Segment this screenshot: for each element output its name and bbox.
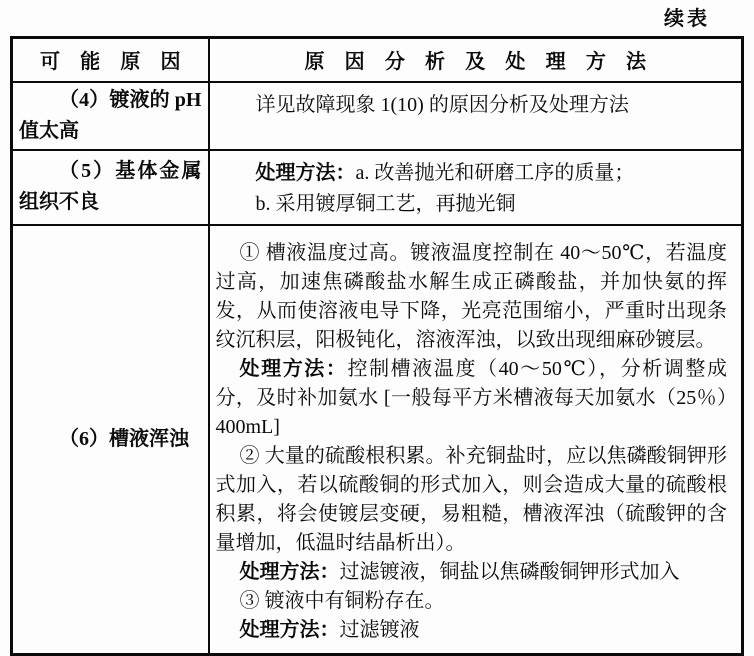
table-row: （6）槽液浑浊 ① 槽液温度过高。镀液温度控制在 40～50℃，若温度过高，加速… bbox=[12, 225, 743, 655]
paragraph-text: 过滤镀液 bbox=[340, 619, 420, 641]
header-row: 可 能 原 因 原 因 分 析 及 处 理 方 法 bbox=[12, 38, 743, 82]
paragraph-text: ③ 镀液中有铜粉存在。 bbox=[240, 590, 445, 612]
header-analysis-cell: 原 因 分 析 及 处 理 方 法 bbox=[209, 38, 743, 82]
method-label: 处理方法： bbox=[240, 358, 348, 380]
method-label: 处理方法： bbox=[240, 561, 340, 583]
analysis-paragraph: ① 槽液温度过高。镀液温度控制在 40～50℃，若温度过高，加速焦磷酸盐水解生成… bbox=[216, 239, 728, 355]
paragraph-text: ② 大量的硫酸根积累。补充铜盐时，应以焦磷酸铜钾形式加入，若以硫酸铜的形式加入，… bbox=[216, 445, 728, 554]
analysis-paragraph: b. 采用镀厚铜工艺，再抛光铜 bbox=[216, 189, 728, 220]
analysis-paragraph: 处理方法：a. 改善抛光和研磨工序的质量； bbox=[216, 158, 728, 189]
analysis-paragraph: 处理方法：控制槽液温度（40～50℃），分析调整成分，及时补加氨水 [一般每平方… bbox=[216, 355, 728, 442]
method-label: 处理方法： bbox=[256, 162, 356, 184]
analysis-paragraph: 处理方法：过滤镀液 bbox=[216, 616, 728, 645]
cause-text: （4）镀液的 pH 值太高 bbox=[19, 85, 202, 147]
method-label: 处理方法： bbox=[240, 619, 340, 641]
troubleshooting-table: 可 能 原 因 原 因 分 析 及 处 理 方 法 （4）镀液的 pH 值太高 … bbox=[10, 36, 744, 656]
row-analysis-cell: ① 槽液温度过高。镀液温度控制在 40～50℃，若温度过高，加速焦磷酸盐水解生成… bbox=[209, 225, 743, 655]
cause-text: （6）槽液浑浊 bbox=[19, 424, 202, 455]
paragraph-text: 过滤镀液，铜盐以焦磷酸铜钾形式加入 bbox=[340, 561, 680, 583]
continued-table-label: 续表 bbox=[664, 2, 710, 31]
analysis-paragraph: ② 大量的硫酸根积累。补充铜盐时，应以焦磷酸铜钾形式加入，若以硫酸铜的形式加入，… bbox=[216, 442, 728, 558]
cause-text: （5）基体金属组织不良 bbox=[19, 156, 202, 218]
analysis-paragraph: 处理方法：过滤镀液，铜盐以焦磷酸铜钾形式加入 bbox=[216, 558, 728, 587]
paragraph-text: b. 采用镀厚铜工艺，再抛光铜 bbox=[256, 193, 516, 215]
table-row: （5）基体金属组织不良 处理方法：a. 改善抛光和研磨工序的质量； b. 采用镀… bbox=[12, 150, 743, 225]
table-row: （4）镀液的 pH 值太高 详见故障现象 1(10) 的原因分析及处理方法 bbox=[12, 82, 743, 150]
header-cause-cell: 可 能 原 因 bbox=[12, 38, 209, 82]
paragraph-text: ① 槽液温度过高。镀液温度控制在 40～50℃，若温度过高，加速焦磷酸盐水解生成… bbox=[216, 242, 728, 351]
paragraph-text: 详见故障现象 1(10) 的原因分析及处理方法 bbox=[256, 94, 629, 116]
row-cause-cell: （6）槽液浑浊 bbox=[12, 225, 209, 655]
row-cause-cell: （5）基体金属组织不良 bbox=[12, 150, 209, 225]
paragraph-text: a. 改善抛光和研磨工序的质量； bbox=[356, 162, 635, 184]
analysis-paragraph: 详见故障现象 1(10) 的原因分析及处理方法 bbox=[216, 90, 728, 121]
page: 续表 可 能 原 因 原 因 分 析 及 处 理 方 法 （4）镀液的 pH 值… bbox=[0, 0, 754, 656]
row-analysis-cell: 详见故障现象 1(10) 的原因分析及处理方法 bbox=[209, 82, 743, 150]
row-analysis-cell: 处理方法：a. 改善抛光和研磨工序的质量； b. 采用镀厚铜工艺，再抛光铜 bbox=[209, 150, 743, 225]
analysis-paragraph: ③ 镀液中有铜粉存在。 bbox=[216, 587, 728, 616]
row-cause-cell: （4）镀液的 pH 值太高 bbox=[12, 82, 209, 150]
